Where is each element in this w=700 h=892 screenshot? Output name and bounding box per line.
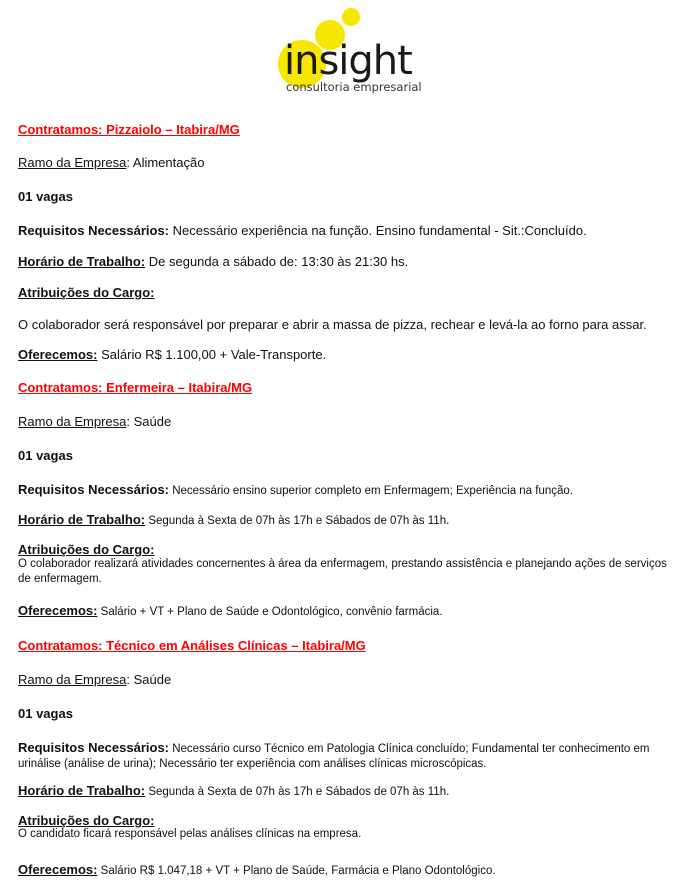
job-vagas: 01 vagas: [18, 189, 73, 204]
atribuicoes-label: Atribuições do Cargo:: [18, 813, 155, 828]
oferecemos-value: Salário R$ 1.100,00 + Vale-Transporte.: [97, 347, 326, 362]
ramo-value: : Saúde: [126, 672, 171, 687]
job-horario: Horário de Trabalho: Segunda à Sexta de …: [18, 512, 449, 527]
job-requisitos: Requisitos Necessários: Necessário ensin…: [18, 482, 573, 497]
oferecemos-label: Oferecemos:: [18, 347, 97, 362]
ramo-label: Ramo da Empresa: [18, 155, 126, 170]
ramo-label: Ramo da Empresa: [18, 672, 126, 687]
oferecemos-label: Oferecemos:: [18, 862, 97, 877]
horario-label: Horário de Trabalho:: [18, 783, 145, 798]
job-horario: Horário de Trabalho: Segunda à Sexta de …: [18, 783, 449, 798]
horario-value: De segunda a sábado de: 13:30 às 21:30 h…: [145, 254, 408, 269]
oferecemos-value: Salário + VT + Plano de Saúde e Odontoló…: [97, 606, 442, 618]
insight-logo: insight consultoria empresarial: [270, 0, 430, 100]
job-title-pizzaiolo: Contratamos: Pizzaiolo – Itabira/MG: [18, 122, 240, 137]
oferecemos-label: Oferecemos:: [18, 603, 97, 618]
job-ramo: Ramo da Empresa: Alimentação: [18, 155, 204, 170]
job-oferecemos: Oferecemos: Salário R$ 1.047,18 + VT + P…: [18, 862, 496, 877]
atribuicoes-value: O candidato ficará responsável pelas aná…: [18, 828, 361, 840]
logo-wordmark: insight: [284, 38, 412, 84]
requisitos-value: Necessário experiência na função. Ensino…: [169, 223, 587, 238]
requisitos-label: Requisitos Necessários:: [18, 223, 169, 238]
oferecemos-value: Salário R$ 1.047,18 + VT + Plano de Saúd…: [97, 865, 495, 877]
horario-value: Segunda à Sexta de 07h às 17h e Sábados …: [145, 515, 449, 527]
job-requisitos: Requisitos Necessários: Necessário exper…: [18, 223, 587, 238]
requisitos-label: Requisitos Necessários:: [18, 740, 169, 755]
horario-label: Horário de Trabalho:: [18, 254, 145, 269]
atribuicoes-value: O colaborador será responsável por prepa…: [18, 317, 647, 332]
job-ramo: Ramo da Empresa: Saúde: [18, 414, 171, 429]
job-horario: Horário de Trabalho: De segunda a sábado…: [18, 254, 408, 269]
ramo-value: : Saúde: [126, 414, 171, 429]
job-oferecemos: Oferecemos: Salário R$ 1.100,00 + Vale-T…: [18, 347, 326, 362]
yellow-highlight: [497, 334, 629, 347]
job-oferecemos: Oferecemos: Salário + VT + Plano de Saúd…: [18, 603, 443, 618]
horario-label: Horário de Trabalho:: [18, 512, 145, 527]
logo-subtitle: consultoria empresarial: [286, 80, 422, 94]
ramo-value: : Alimentação: [126, 155, 204, 170]
job-title-tecnico-analises: Contratamos: Técnico em Análises Clínica…: [18, 638, 366, 653]
yellow-highlight: [135, 812, 305, 829]
horario-value: Segunda à Sexta de 07h às 17h e Sábados …: [145, 786, 449, 798]
requisitos-label: Requisitos Necessários:: [18, 482, 169, 497]
requisitos-value: Necessário ensino superior completo em E…: [169, 485, 573, 497]
job-title-enfermeira: Contratamos: Enfermeira – Itabira/MG: [18, 380, 252, 395]
atribuicoes-label: Atribuições do Cargo:: [18, 542, 155, 557]
job-requisitos: Requisitos Necessários: Necessário curso…: [18, 740, 678, 772]
ramo-label: Ramo da Empresa: [18, 414, 126, 429]
atribuicoes-value: O colaborador realizará atividades conce…: [18, 557, 678, 587]
job-vagas: 01 vagas: [18, 706, 73, 721]
logo-dot-small: [342, 8, 360, 26]
atribuicoes-label: Atribuições do Cargo:: [18, 285, 155, 300]
job-vagas: 01 vagas: [18, 448, 73, 463]
job-ramo: Ramo da Empresa: Saúde: [18, 672, 171, 687]
